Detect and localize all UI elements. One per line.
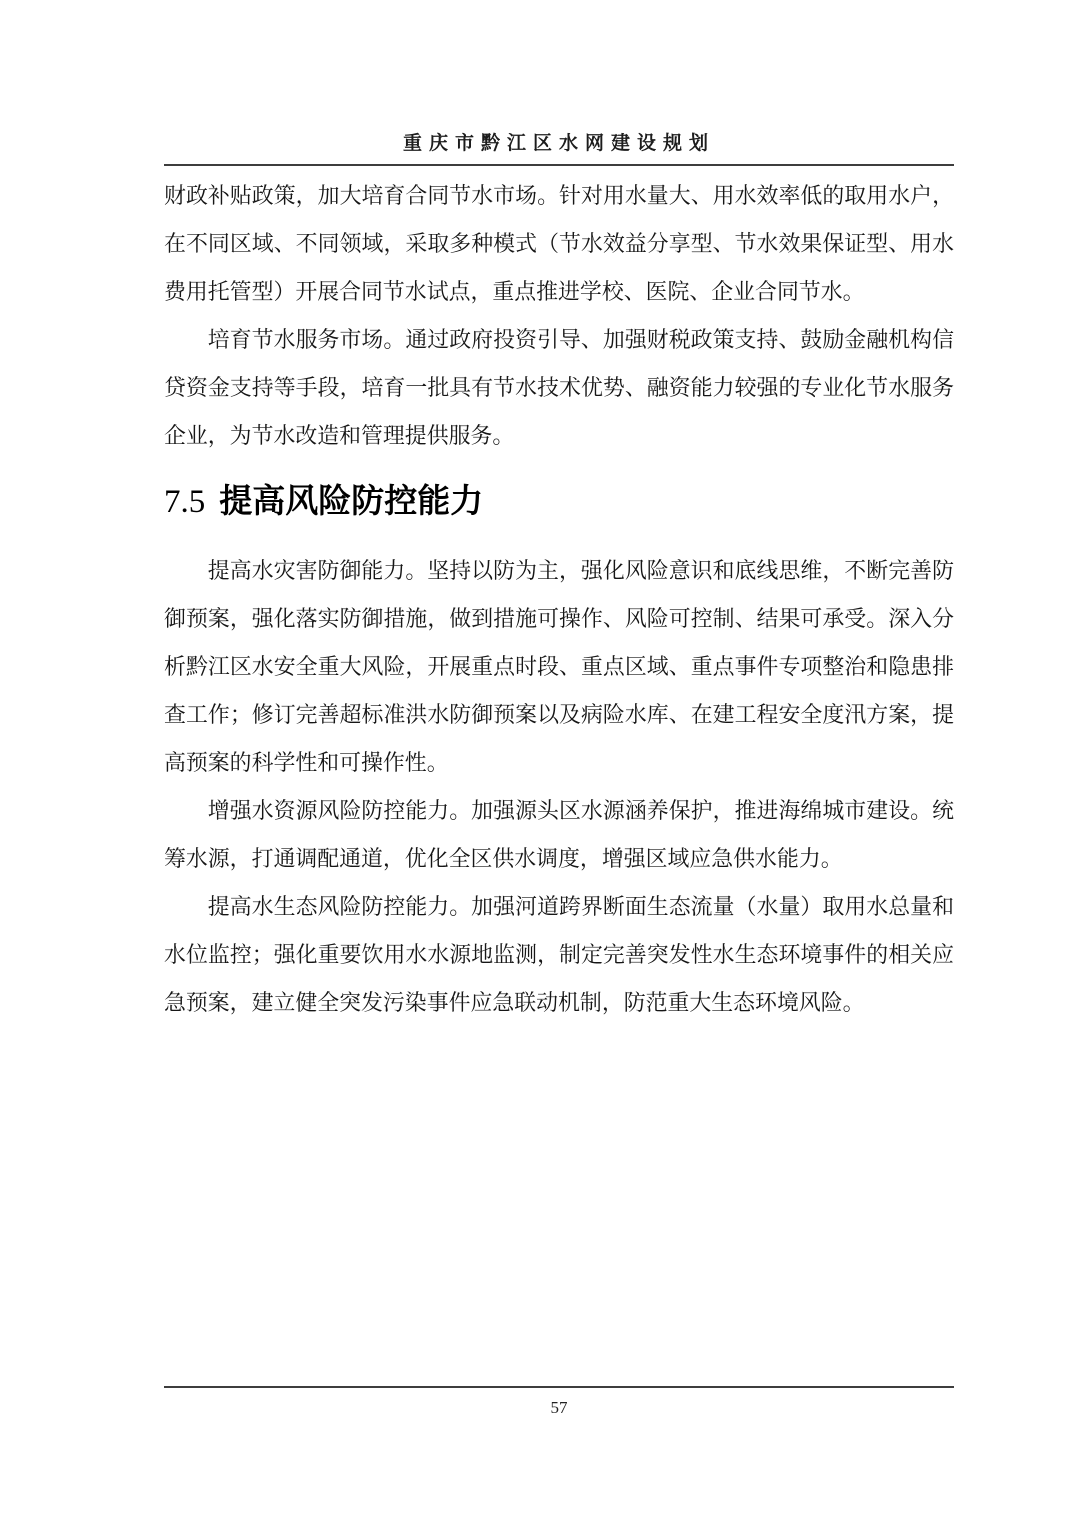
document-page: 重庆市黔江区水网建设规划 财政补贴政策，加大培育合同节水市场。针对用水量大、用水…	[0, 0, 1074, 1520]
section-heading-title: 提高风险防控能力	[219, 482, 483, 519]
header-divider	[164, 164, 954, 166]
footer-divider	[164, 1386, 954, 1388]
paragraph-flood-disaster-defense: 提高水灾害防御能力。坚持以防为主，强化风险意识和底线思维，不断完善防御预案，强化…	[164, 547, 954, 787]
paragraph-water-saving-service-market: 培育节水服务市场。通过政府投资引导、加强财税政策支持、鼓励金融机构信贷资金支持等…	[164, 316, 954, 460]
paragraph-contract-water-saving: 财政补贴政策，加大培育合同节水市场。针对用水量大、用水效率低的取用水户，在不同区…	[164, 172, 954, 316]
running-header-title: 重庆市黔江区水网建设规划	[403, 133, 715, 154]
paragraph-water-ecology-risk: 提高水生态风险防控能力。加强河道跨界断面生态流量（水量）取用水总量和水位监控；强…	[164, 883, 954, 1027]
document-body: 财政补贴政策，加大培育合同节水市场。针对用水量大、用水效率低的取用水户，在不同区…	[164, 172, 954, 1027]
page-header: 重庆市黔江区水网建设规划	[164, 130, 954, 158]
section-heading-number: 7.5	[164, 484, 205, 520]
page-number: 57	[164, 1396, 954, 1420]
paragraph-water-resource-risk: 增强水资源风险防控能力。加强源头区水源涵养保护，推进海绵城市建设。统筹水源，打通…	[164, 787, 954, 883]
section-heading-7-5: 7.5提高风险防控能力	[164, 477, 954, 526]
